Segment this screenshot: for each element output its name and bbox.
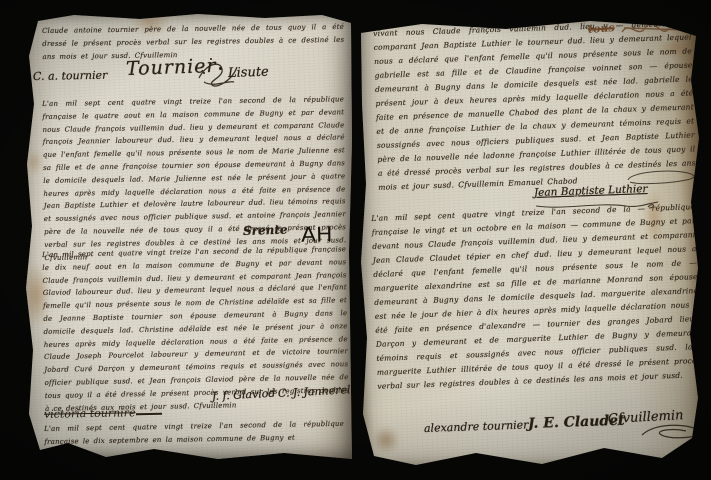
- left-page: Claude antoine tournier père de la nouve…: [22, 12, 352, 459]
- signature-cfvuillemin: Cfvuillemin: [608, 408, 684, 427]
- signature-alexandre-tournier: alexandre tournier: [424, 418, 529, 435]
- birth-record-21-octobre: L'an mil sept cent quatre vingt treize l…: [371, 200, 701, 394]
- signature-large-flourished: Tournier: [126, 55, 217, 80]
- signature-jean-baptiste-luthier: Jean Baptiste Luthier: [534, 183, 648, 199]
- crossed-out-word: tous: [588, 21, 615, 36]
- right-page: vivant nous Claude françois vuillemin du…: [358, 16, 705, 472]
- signature-lisute: Lisute: [228, 65, 269, 81]
- paper-stain: [372, 426, 400, 454]
- paper-stain: [26, 150, 42, 174]
- signature-srente: Srente: [243, 222, 288, 238]
- signature-end-flourish: [640, 424, 704, 442]
- struck-through-name: victoria tournire: [44, 406, 136, 421]
- signature-ca-tournier: C. a. tournier: [33, 69, 108, 83]
- scanned-register-photo: Claude antoine tournier père de la nouve…: [0, 0, 711, 480]
- ink-speck: [219, 67, 222, 70]
- birth-record-10-septembre-start: L'an mil sept cent quatre vingt treize l…: [44, 418, 344, 449]
- birth-record-gabrielle: vivant nous Claude françois vuillemin du…: [373, 16, 696, 194]
